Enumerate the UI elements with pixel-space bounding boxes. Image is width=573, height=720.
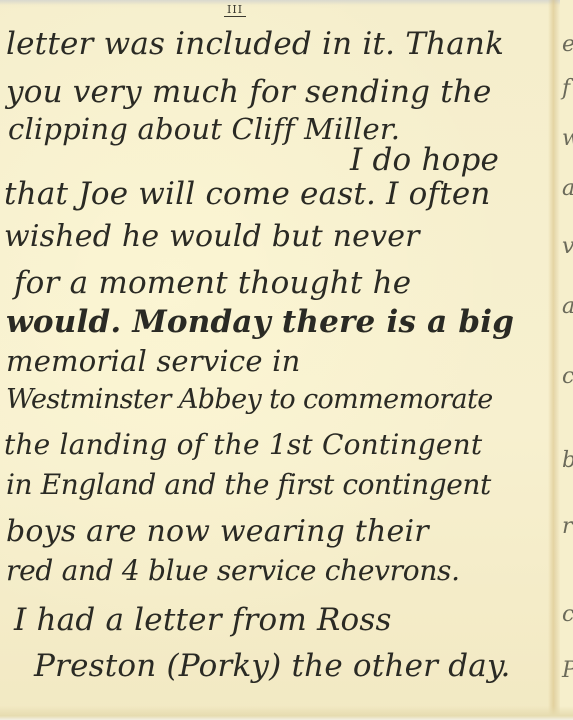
next-page-edge: e f w a v a c b r c P xyxy=(560,0,573,720)
letter-line: Westminster Abbey to commemorate xyxy=(6,384,493,415)
letter-line: wished he would but never xyxy=(4,219,420,254)
next-page-fragment: c xyxy=(562,366,573,388)
page-fold-shadow xyxy=(548,0,560,720)
letter-line: would. Monday there is a big xyxy=(6,304,514,340)
next-page-fragment: r xyxy=(562,516,573,538)
letter-line: memorial service in xyxy=(6,344,300,378)
letter-line: the landing of the 1st Contingent xyxy=(4,428,482,461)
next-page-fragment: v xyxy=(562,236,573,258)
next-page-fragment: e xyxy=(562,34,573,56)
letter-line: Preston (Porky) the other day. xyxy=(34,648,511,684)
letter-line: in England and the first contingent xyxy=(6,468,491,501)
paper-bottom-edge xyxy=(0,706,573,720)
letter-line: that Joe will come east. I often xyxy=(4,176,491,212)
next-page-fragment: P xyxy=(562,660,573,682)
next-page-fragment: w xyxy=(562,128,573,150)
letter-line: red and 4 blue service chevrons. xyxy=(6,554,460,587)
letter-line: letter was included in it. Thank xyxy=(6,26,504,62)
next-page-fragment: c xyxy=(562,604,573,626)
letter-line: I had a letter from Ross xyxy=(14,602,392,638)
next-page-fragment: a xyxy=(562,178,573,200)
letter-line: you very much for sending the xyxy=(6,74,492,110)
next-page-fragment: f xyxy=(562,78,570,100)
next-page-fragment: a xyxy=(562,296,573,318)
next-page-fragment: b xyxy=(562,450,573,472)
letter-line: clipping about Cliff Miller. xyxy=(8,112,400,146)
letter-line: boys are now wearing their xyxy=(6,514,429,549)
letter-body: letter was included in it. Thank you ver… xyxy=(0,0,548,720)
letter-line: I do hope xyxy=(350,142,499,178)
letter-line: for a moment thought he xyxy=(14,265,411,301)
